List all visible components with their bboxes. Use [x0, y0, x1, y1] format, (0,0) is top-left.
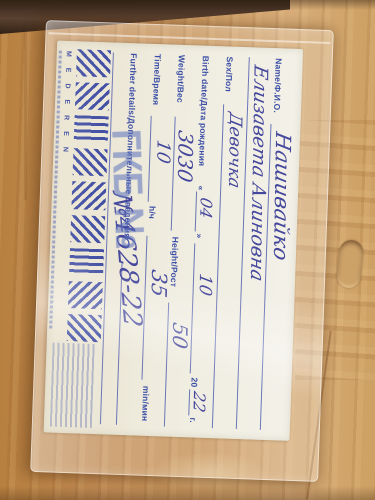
tag-rotor: Name/Ф.И.О. Нашивайко Елизавета Алиновна… [30, 20, 334, 482]
desk-photo: Name/Ф.И.О. Нашивайко Елизавета Алиновна… [0, 0, 375, 500]
bottom-shadow [0, 486, 375, 500]
top-shadow [0, 0, 375, 10]
sleeve-sheen [30, 20, 334, 482]
